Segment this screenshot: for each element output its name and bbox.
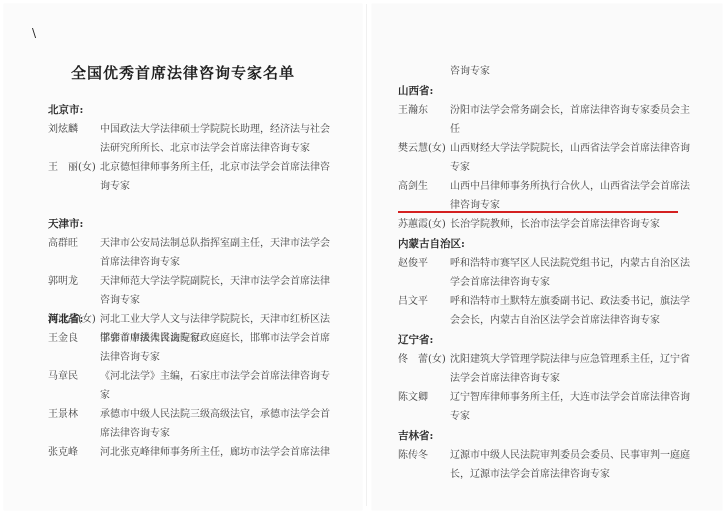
section-liaoning: 辽宁省: 佟 蕾(女) 沈阳建筑大学管理学院法律与应急管理系主任，辽宁省法学会首…: [398, 330, 698, 426]
expert-description: 中国政法大学法律硕士学院院长助理，经济法与社会法研究所所长、北京市法学会首席法律…: [100, 120, 338, 158]
list-item: 高剑生 山西中吕律师事务所执行合伙人，山西省法学会首席法律咨询专家: [398, 177, 698, 215]
province-heading: 山西省:: [398, 81, 698, 101]
list-item: 吕文平 呼和浩特市土默特左旗委副书记、政法委书记，旗法学会会长，内蒙古自治区法学…: [398, 292, 698, 330]
section-jilin: 吉林省: 陈传冬 辽源市中级人民法院审判委员会委员、民事审判一庭庭长，辽源市法学…: [398, 426, 698, 484]
expert-name: 吕文平: [398, 292, 450, 330]
expert-name: 高群旺: [48, 234, 100, 272]
list-item: 佟 蕾(女) 沈阳建筑大学管理学院法律与应急管理系主任，辽宁省法学会首席法律咨询…: [398, 350, 698, 388]
list-item: 马章民 《河北法学》主编，石家庄市法学会首席法律咨询专家: [48, 367, 338, 405]
list-item: 王景林 承德市中级人民法院三级高级法官，承德市法学会首席法律咨询专家: [48, 405, 338, 443]
continued-text: 咨询专家: [398, 62, 698, 81]
list-item: 王瀚东 汾阳市法学会常务副会长，首席法律咨询专家委员会主任: [398, 101, 698, 139]
expert-description: 呼和浩特市赛罕区人民法院党组书记，内蒙古自治区法学会首席法律咨询专家: [450, 254, 698, 292]
province-heading: 北京市:: [48, 100, 338, 120]
expert-description: 山西财经大学法学院院长，山西省法学会首席法律咨询专家: [450, 139, 698, 177]
expert-name: 王景林: [48, 405, 100, 443]
expert-name: 陈传冬: [398, 446, 450, 484]
province-heading: 辽宁省:: [398, 330, 698, 350]
province-heading: 天津市:: [48, 214, 338, 234]
province-heading: 内蒙古自治区:: [398, 234, 698, 254]
expert-description: 山西中吕律师事务所执行合伙人，山西省法学会首席法律咨询专家: [450, 177, 698, 215]
expert-name: 高剑生: [398, 177, 450, 215]
list-item: 王 丽(女) 北京德恒律师事务所主任，北京市法学会首席法律咨询专家: [48, 158, 338, 196]
expert-description: 汾阳市法学会常务副会长，首席法律咨询专家委员会主任: [450, 101, 698, 139]
document-title: 全国优秀首席法律咨询专家名单: [4, 62, 362, 83]
list-item: 王金良 邯郸市中级人民法院行政庭庭长，邯郸市法学会首席法律咨询专家: [48, 329, 338, 367]
expert-description: 呼和浩特市土默特左旗委副书记、政法委书记，旗法学会会长，内蒙古自治区法学会首席法…: [450, 292, 698, 330]
expert-name: 王金良: [48, 329, 100, 367]
expert-description: 北京德恒律师事务所主任，北京市法学会首席法律咨询专家: [100, 158, 338, 196]
expert-description: 河北张克峰律师事务所主任，廊坊市法学会首席法律: [100, 443, 338, 462]
section-inner-mongolia: 内蒙古自治区: 赵俊平 呼和浩特市赛罕区人民法院党组书记，内蒙古自治区法学会首席…: [398, 234, 698, 330]
expert-name: 刘炫麟: [48, 120, 100, 158]
section-hebei: 河北省: 王金良 邯郸市中级人民法院行政庭庭长，邯郸市法学会首席法律咨询专家 马…: [48, 309, 338, 462]
expert-description: 天津师范大学法学院副院长，天津市法学会首席法律咨询专家: [100, 272, 338, 310]
expert-name: 陈文卿: [398, 388, 450, 426]
expert-name: 佟 蕾(女): [398, 350, 450, 388]
list-item: 刘炫麟 中国政法大学法律硕士学院院长助理，经济法与社会法研究所所长、北京市法学会…: [48, 120, 338, 158]
expert-description: 辽宁智库律师事务所主任，大连市法学会首席法律咨询专家: [450, 388, 698, 426]
list-item: 赵俊平 呼和浩特市赛罕区人民法院党组书记，内蒙古自治区法学会首席法律咨询专家: [398, 254, 698, 292]
expert-name: 王瀚东: [398, 101, 450, 139]
scan-mark: \: [32, 26, 36, 40]
expert-name: 苏蕙霞(女): [398, 215, 450, 234]
list-item: 樊云慧(女) 山西财经大学法学院院长，山西省法学会首席法律咨询专家: [398, 139, 698, 177]
expert-name: 马章民: [48, 367, 100, 405]
list-item: 陈文卿 辽宁智库律师事务所主任，大连市法学会首席法律咨询专家: [398, 388, 698, 426]
list-item: 郭明龙 天津师范大学法学院副院长，天津市法学会首席法律咨询专家: [48, 272, 338, 310]
expert-description: 《河北法学》主编，石家庄市法学会首席法律咨询专家: [100, 367, 338, 405]
expert-name: 樊云慧(女): [398, 139, 450, 177]
right-page-content: 咨询专家 山西省: 王瀚东 汾阳市法学会常务副会长，首席法律咨询专家委员会主任 …: [398, 62, 698, 484]
page-gap: [366, 4, 367, 506]
expert-description: 天津市公安局法制总队指挥室副主任，天津市法学会首席法律咨询专家: [100, 234, 338, 272]
expert-description: 长治学院教师，长治市法学会首席法律咨询专家: [450, 215, 698, 234]
red-underline-highlight: [398, 211, 678, 213]
province-heading: 河北省:: [48, 309, 338, 329]
expert-name: 王 丽(女): [48, 158, 100, 196]
expert-description: 辽源市中级人民法院审判委员会委员、民事审判一庭庭长，辽源市法学会首席法律咨询专家: [450, 446, 698, 484]
expert-name: 赵俊平: [398, 254, 450, 292]
list-item: 张克峰 河北张克峰律师事务所主任，廊坊市法学会首席法律: [48, 443, 338, 462]
section-beijing: 北京市: 刘炫麟 中国政法大学法律硕士学院院长助理，经济法与社会法研究所所长、北…: [48, 100, 338, 196]
expert-name: 郭明龙: [48, 272, 100, 310]
list-item: 陈传冬 辽源市中级人民法院审判委员会委员、民事审判一庭庭长，辽源市法学会首席法律…: [398, 446, 698, 484]
expert-description: 沈阳建筑大学管理学院法律与应急管理系主任，辽宁省法学会首席法律咨询专家: [450, 350, 698, 388]
expert-description: 邯郸市中级人民法院行政庭庭长，邯郸市法学会首席法律咨询专家: [100, 329, 338, 367]
document-page-left: \ 全国优秀首席法律咨询专家名单 北京市: 刘炫麟 中国政法大学法律硕士学院院长…: [4, 4, 362, 510]
document-page-right: 咨询专家 山西省: 王瀚东 汾阳市法学会常务副会长，首席法律咨询专家委员会主任 …: [372, 4, 722, 510]
expert-description: 承德市中级人民法院三级高级法官，承德市法学会首席法律咨询专家: [100, 405, 338, 443]
province-heading: 吉林省:: [398, 426, 698, 446]
expert-name: 张克峰: [48, 443, 100, 462]
highlighted-list-item: 苏蕙霞(女) 长治学院教师，长治市法学会首席法律咨询专家: [398, 215, 698, 234]
list-item: 高群旺 天津市公安局法制总队指挥室副主任，天津市法学会首席法律咨询专家: [48, 234, 338, 272]
